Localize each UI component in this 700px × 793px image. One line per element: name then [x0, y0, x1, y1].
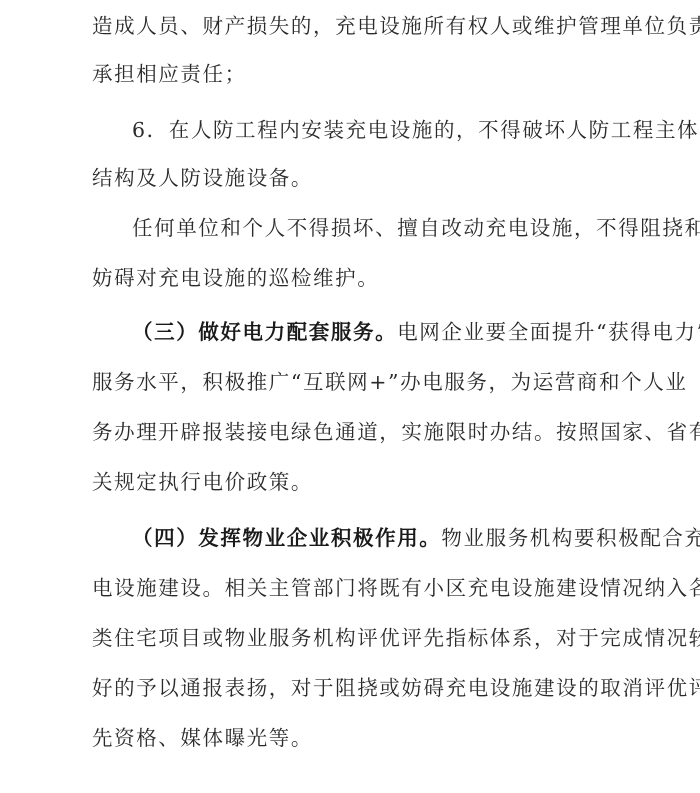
section-4-title: （四）发挥物业企业积极作用。 — [132, 526, 441, 550]
paragraph-line: 造成人员、财产损失的，充电设施所有权人或维护管理单位负责 — [92, 2, 608, 50]
paragraph-line: 类住宅项目或物业服务机构评优评先指标体系，对于完成情况较 — [92, 614, 608, 662]
paragraph-line: 服务水平，积极推广“互联网+”办电服务，为运营商和个人业 — [92, 358, 608, 406]
paragraph-line: 务办理开辟报装接电绿色通道，实施限时办结。按照国家、省有 — [92, 408, 608, 456]
paragraph-line: 先资格、媒体曝光等。 — [92, 714, 608, 762]
paragraph-line: 结构及人防设施设备。 — [92, 154, 608, 202]
paragraph-line: 电设施建设。相关主管部门将既有小区充电设施建设情况纳入各 — [92, 564, 608, 612]
paragraph-line: 承担相应责任； — [92, 50, 608, 98]
paragraph-line: 好的予以通报表扬，对于阻挠或妨碍充电设施建设的取消评优评 — [92, 664, 608, 712]
paragraph-line: 妨碍对充电设施的巡检维护。 — [92, 254, 608, 302]
section-3-title: （三）做好电力配套服务。 — [132, 320, 397, 344]
section-3-text: 电网企业要全面提升“获得电力” — [397, 320, 700, 344]
list-item-6: 6．在人防工程内安装充电设施的，不得破坏人防工程主体 — [92, 106, 608, 154]
section-4-first-line: （四）发挥物业企业积极作用。物业服务机构要积极配合充 — [92, 514, 608, 562]
paragraph-line: 关规定执行电价政策。 — [92, 458, 608, 506]
section-4-text: 物业服务机构要积极配合充 — [441, 526, 700, 550]
paragraph-line: 任何单位和个人不得损坏、擅自改动充电设施，不得阻挠和 — [92, 204, 608, 252]
section-3-first-line: （三）做好电力配套服务。电网企业要全面提升“获得电力” — [92, 308, 608, 356]
